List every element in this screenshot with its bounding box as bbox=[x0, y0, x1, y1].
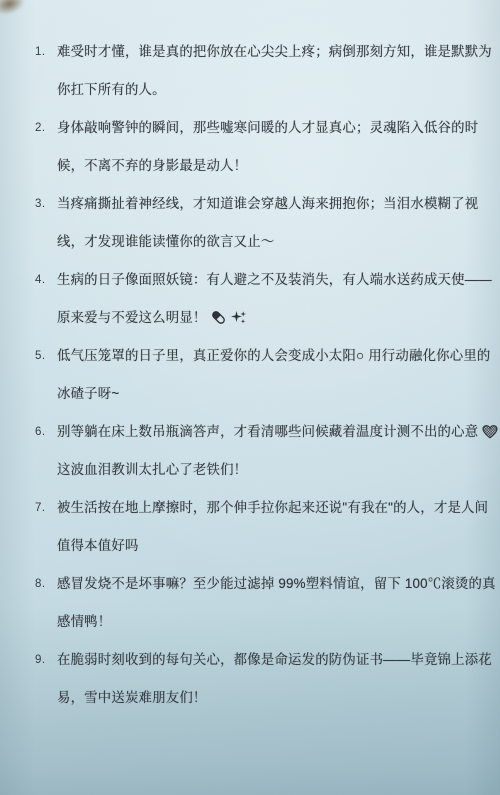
item-text-line: 值得本值好吗 bbox=[57, 527, 480, 565]
item-text-line: 低气压笼罩的日子里，真正爱你的人会变成小太阳○ 用行动融化你心里的 bbox=[57, 337, 480, 375]
item-text-line: 冰碴子呀~ bbox=[57, 375, 480, 413]
item-text-line: 当疼痛撕扯着神经线，才知道谁会穿越人海来拥抱你；当泪水模糊了视 bbox=[57, 185, 480, 223]
list-item: 4. 生病的日子像面照妖镜：有人避之不及装消失，有人端水送药成天使—— 原来爱与… bbox=[35, 261, 480, 337]
list-item: 6. 别等躺在床上数吊瓶滴答声，才看清哪些问候藏着温度计测不出的心意 这波血泪教… bbox=[35, 413, 480, 489]
item-text-line: 易，雪中送炭难朋友们！ bbox=[57, 679, 480, 717]
list-item: 5. 低气压笼罩的日子里，真正爱你的人会变成小太阳○ 用行动融化你心里的 冰碴子… bbox=[35, 337, 480, 413]
item-number: 4. bbox=[35, 261, 57, 337]
pill-icon bbox=[211, 302, 226, 340]
item-number: 2. bbox=[35, 109, 57, 185]
item-number: 9. bbox=[35, 641, 57, 717]
sparkles-icon bbox=[230, 302, 247, 340]
list-item: 8. 感冒发烧不是坏事嘛？至少能过滤掉 99%塑料情谊，留下 100℃滚烫的真 … bbox=[35, 565, 480, 641]
quote-list: 1. 难受时才懂，谁是真的把你放在心尖尖上疼；病倒那刻方知，谁是默默为 你扛下所… bbox=[35, 33, 480, 717]
item-text-line: 感情鸭！ bbox=[57, 603, 480, 641]
item-number: 6. bbox=[35, 413, 57, 489]
item-text-line: 生病的日子像面照妖镜：有人避之不及装消失，有人端水送药成天使—— bbox=[57, 261, 480, 299]
list-item: 7. 被生活按在地上摩擦时，那个伸手拉你起来还说"有我在"的人，才是人间 值得本… bbox=[35, 489, 480, 565]
item-number: 5. bbox=[35, 337, 57, 413]
item-text-line: 线，才发现谁能读懂你的欲言又止～ bbox=[57, 223, 480, 261]
item-text-line: 别等躺在床上数吊瓶滴答声，才看清哪些问候藏着温度计测不出的心意 bbox=[57, 413, 480, 451]
item-number: 8. bbox=[35, 565, 57, 641]
gift-heart-icon bbox=[482, 416, 498, 454]
item-text-line: 这波血泪教训太扎心了老铁们！ bbox=[57, 451, 480, 489]
item-number: 7. bbox=[35, 489, 57, 565]
item-text-line: 在脆弱时刻收到的每句关心，都像是命运发的防伪证书——毕竟锦上添花 bbox=[57, 641, 480, 679]
list-item: 1. 难受时才懂，谁是真的把你放在心尖尖上疼；病倒那刻方知，谁是默默为 你扛下所… bbox=[35, 33, 480, 109]
item-text-line: 感冒发烧不是坏事嘛？至少能过滤掉 99%塑料情谊，留下 100℃滚烫的真 bbox=[57, 565, 480, 603]
item-text-line: 原来爱与不爱这么明显！ bbox=[57, 299, 480, 337]
item-text-line: 候，不离不弃的身影最是动人！ bbox=[57, 147, 480, 185]
item-text-line: 你扛下所有的人。 bbox=[57, 71, 480, 109]
item-number: 3. bbox=[35, 185, 57, 261]
item-text-line: 难受时才懂，谁是真的把你放在心尖尖上疼；病倒那刻方知，谁是默默为 bbox=[57, 33, 480, 71]
list-item: 2. 身体敲响警钟的瞬间，那些嘘寒问暖的人才显真心；灵魂陷入低谷的时 候，不离不… bbox=[35, 109, 480, 185]
item-text-line: 身体敲响警钟的瞬间，那些嘘寒问暖的人才显真心；灵魂陷入低谷的时 bbox=[57, 109, 480, 147]
list-item: 3. 当疼痛撕扯着神经线，才知道谁会穿越人海来拥抱你；当泪水模糊了视 线，才发现… bbox=[35, 185, 480, 261]
item-text-line: 被生活按在地上摩擦时，那个伸手拉你起来还说"有我在"的人，才是人间 bbox=[57, 489, 480, 527]
list-item: 9. 在脆弱时刻收到的每句关心，都像是命运发的防伪证书——毕竟锦上添花 易，雪中… bbox=[35, 641, 480, 717]
item-number: 1. bbox=[35, 33, 57, 109]
